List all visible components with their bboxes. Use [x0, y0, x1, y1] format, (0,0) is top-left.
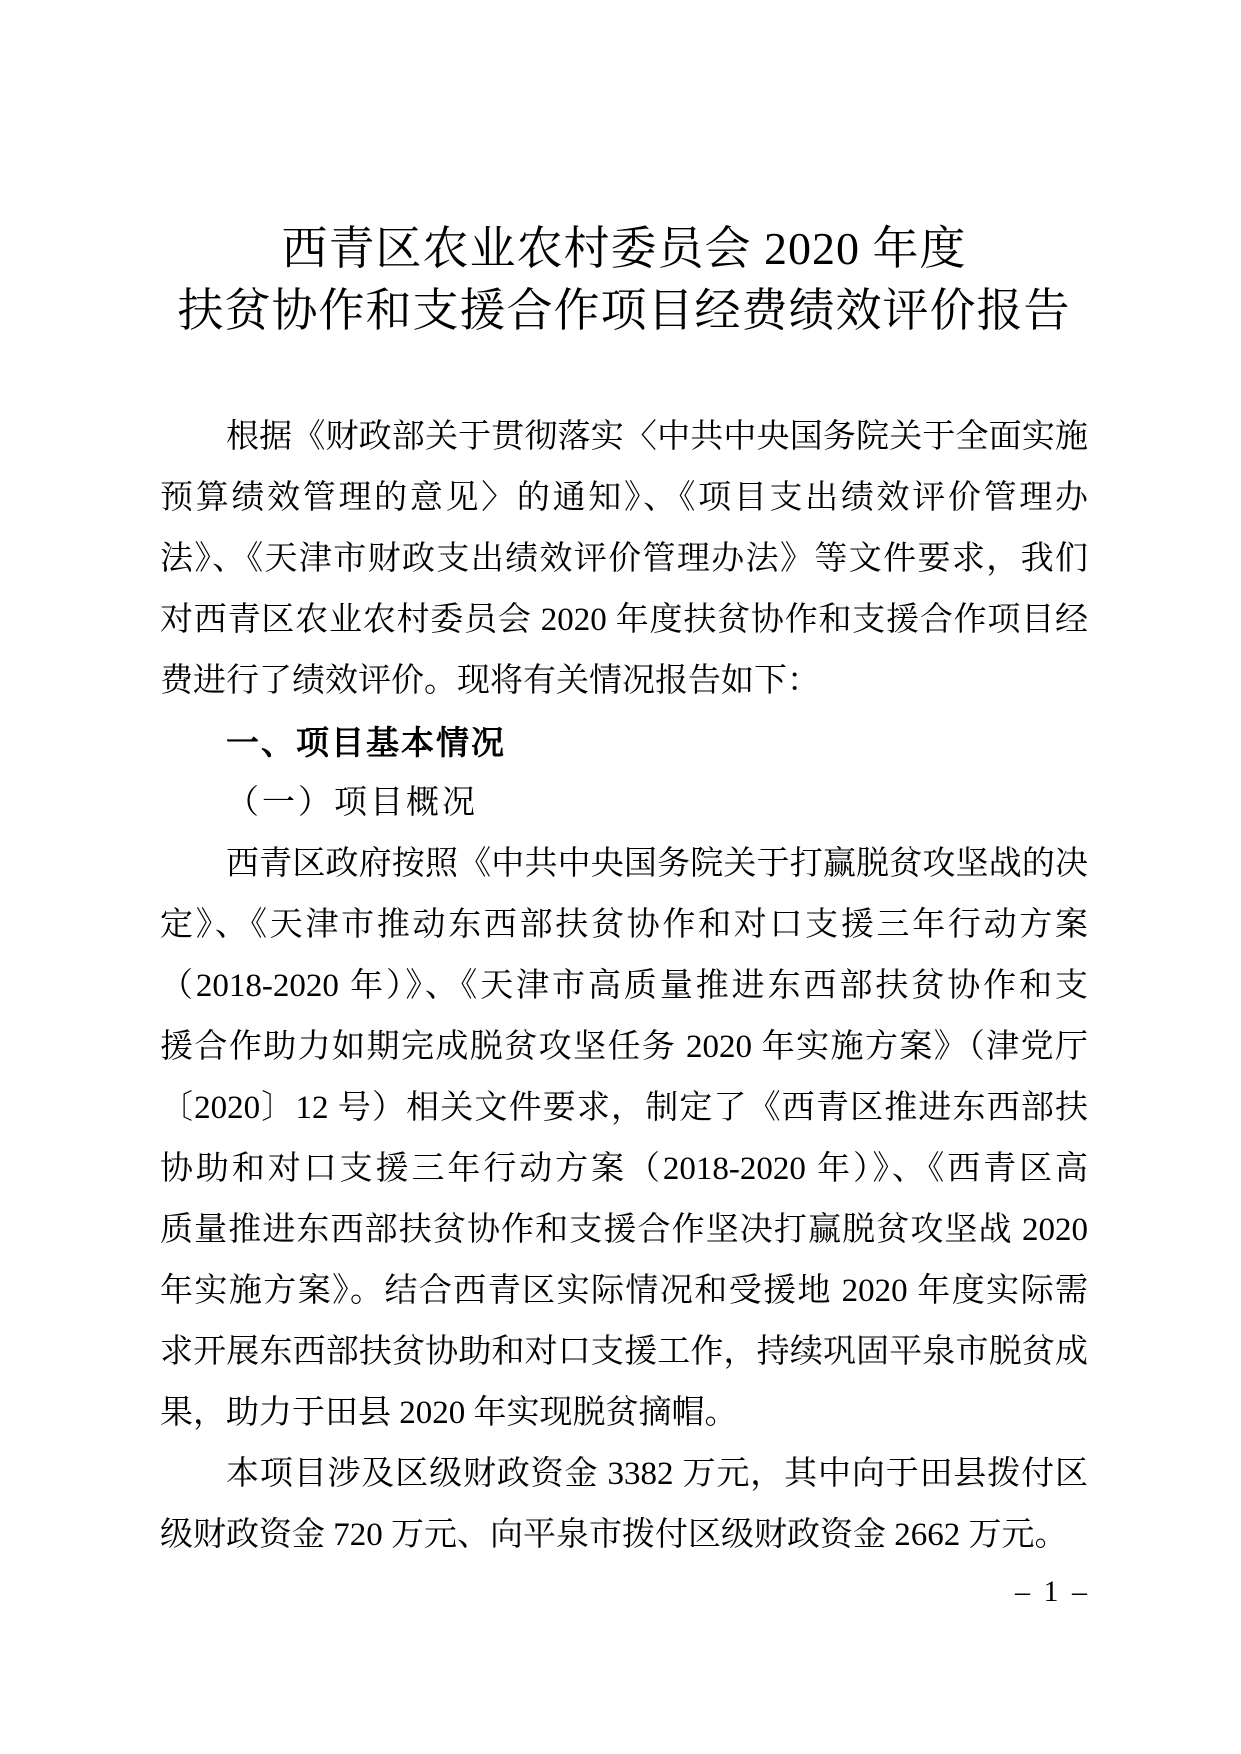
text-line: 定》、《天津市推动东西部扶贫协作和对口支援三年行动方案	[160, 895, 1088, 956]
text-line: 根据《财政部关于贯彻落实〈中共中央国务院关于全面实施	[160, 407, 1088, 468]
text-line: 援合作助力如期完成脱贫攻坚任务 2020 年实施方案》（津党厅	[160, 1017, 1088, 1078]
text-line: 级财政资金 720 万元、向平泉市拨付区级财政资金 2662 万元。	[160, 1505, 1088, 1566]
paragraph-overview: 西青区政府按照《中共中央国务院关于打赢脱贫攻坚战的决定》、《天津市推动东西部扶贫…	[160, 834, 1088, 1444]
text-line: 法》、《天津市财政支出绩效评价管理办法》等文件要求，我们	[160, 529, 1088, 590]
text-line: 西青区政府按照《中共中央国务院关于打赢脱贫攻坚战的决	[160, 834, 1088, 895]
text-line: 对西青区农业农村委员会 2020 年度扶贫协作和支援合作项目经	[160, 590, 1088, 651]
page-number: – 1 –	[1015, 1574, 1090, 1610]
document-title: 西青区农业农村委员会 2020 年度 扶贫协作和支援合作项目经费绩效评价报告	[160, 218, 1088, 342]
subsection-heading-project-overview: （一）项目概况	[160, 773, 1088, 834]
text-line: 质量推进东西部扶贫协作和支援合作坚决打赢脱贫攻坚战 2020	[160, 1200, 1088, 1261]
document-page: 西青区农业农村委员会 2020 年度 扶贫协作和支援合作项目经费绩效评价报告 根…	[0, 0, 1241, 1754]
paragraph-intro: 根据《财政部关于贯彻落实〈中共中央国务院关于全面实施预算绩效管理的意见〉的通知》…	[160, 407, 1088, 712]
text-line: 〔2020〕12 号）相关文件要求，制定了《西青区推进东西部扶贫	[160, 1078, 1088, 1139]
text-line: （2018-2020 年）》、《天津市高质量推进东西部扶贫协作和支	[160, 956, 1088, 1017]
text-line: 协助和对口支援三年行动方案（2018-2020 年）》、《西青区高	[160, 1139, 1088, 1200]
title-line-2: 扶贫协作和支援合作项目经费绩效评价报告	[160, 280, 1088, 342]
text-line: 果，助力于田县 2020 年实现脱贫摘帽。	[160, 1383, 1088, 1444]
text-line: 预算绩效管理的意见〉的通知》、《项目支出绩效评价管理办	[160, 468, 1088, 529]
text-line: 求开展东西部扶贫协助和对口支援工作，持续巩固平泉市脱贫成	[160, 1322, 1088, 1383]
document-content: 西青区农业农村委员会 2020 年度 扶贫协作和支援合作项目经费绩效评价报告 根…	[160, 218, 1088, 1566]
text-line: 年实施方案》。结合西青区实际情况和受援地 2020 年度实际需	[160, 1261, 1088, 1322]
title-line-1: 西青区农业农村委员会 2020 年度	[160, 218, 1088, 280]
text-line: 本项目涉及区级财政资金 3382 万元，其中向于田县拨付区	[160, 1444, 1088, 1505]
text-line: 费进行了绩效评价。现将有关情况报告如下：	[160, 651, 1088, 712]
document-body: 根据《财政部关于贯彻落实〈中共中央国务院关于全面实施预算绩效管理的意见〉的通知》…	[160, 407, 1088, 1566]
paragraph-funding: 本项目涉及区级财政资金 3382 万元，其中向于田县拨付区级财政资金 720 万…	[160, 1444, 1088, 1566]
section-heading-project-basics: 一、项目基本情况	[160, 712, 1088, 773]
